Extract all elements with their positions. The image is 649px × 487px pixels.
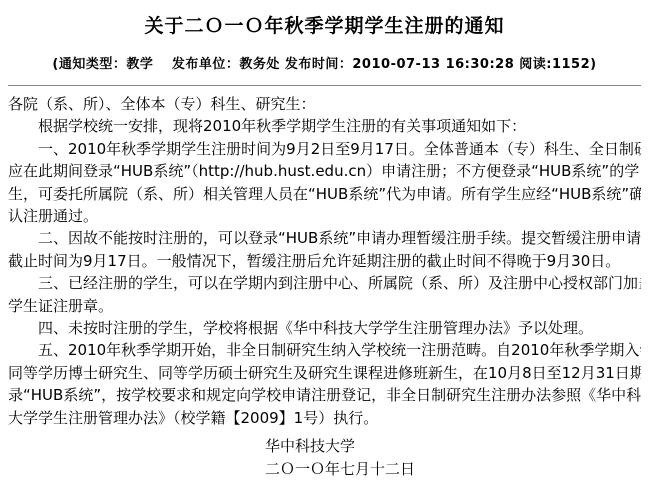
page-title: 关于二Ｏ一Ｏ年秋季学期学生注册的通知	[0, 14, 649, 38]
signature-block: 华中科技大学 二Ｏ一Ｏ年七月十二日	[265, 435, 649, 480]
body-line: 大学学生注册管理办法》（校学籍【2009】1号）执行。	[8, 407, 641, 429]
divider	[8, 85, 641, 86]
body-line: 一、2010年秋季学期学生注册时间为9月2日至9月17日。全体普通本（专）科生、…	[8, 138, 641, 160]
body-line: 三、已经注册的学生，可以在学期内到注册中心、所属院（系、所）及注册中心授权部门加…	[8, 272, 641, 294]
signature-org: 华中科技大学	[265, 435, 649, 457]
body-line: 同等学历博士研究生、同等学历硕士研究生及研究生课程进修班新生，在10月8日至12…	[8, 362, 641, 384]
notice-body: 各院（系、所）、全体本（专）科生、研究生： 根据学校统一安排，现将2010年秋季…	[8, 93, 641, 429]
body-line: 根据学校统一安排，现将2010年秋季学期学生注册的有关事项通知如下：	[8, 115, 641, 137]
body-line: 截止时间为9月17日。一般情况下，暂缓注册后允许延期注册的截止时间不得晚于9月3…	[8, 250, 641, 272]
body-line: 二、因故不能按时注册的，可以登录“HUB系统”申请办理暂缓注册手续。提交暂缓注册…	[8, 227, 641, 249]
body-line: 认注册通过。	[8, 205, 641, 227]
body-line: 四、未按时注册的学生，学校将根据《华中科技大学学生注册管理办法》予以处理。	[8, 317, 641, 339]
signature-date: 二Ｏ一Ｏ年七月十二日	[265, 458, 649, 480]
body-line: 应在此期间登录“HUB系统”（http://hub.hust.edu.cn）申请…	[8, 160, 641, 182]
body-line: 学生证注册章。	[8, 295, 641, 317]
body-line: 生，可委托所属院（系、所）相关管理人员在“HUB系统”代为申请。所有学生应经“H…	[8, 183, 641, 205]
meta-line: (通知类型：教学 发布单位：教务处 发布时间：2010-07-13 16:30:…	[0, 53, 649, 72]
body-line: 录“HUB系统”，按学校要求和规定向学校申请注册登记，非全日制研究生注册办法参照…	[8, 384, 641, 406]
body-line: 各院（系、所）、全体本（专）科生、研究生：	[8, 93, 641, 115]
notice-page: 关于二Ｏ一Ｏ年秋季学期学生注册的通知 (通知类型：教学 发布单位：教务处 发布时…	[0, 14, 649, 480]
body-line: 五、2010年秋季学期开始，非全日制研究生纳入学校统一注册范畴。自2010年秋季…	[8, 339, 641, 361]
